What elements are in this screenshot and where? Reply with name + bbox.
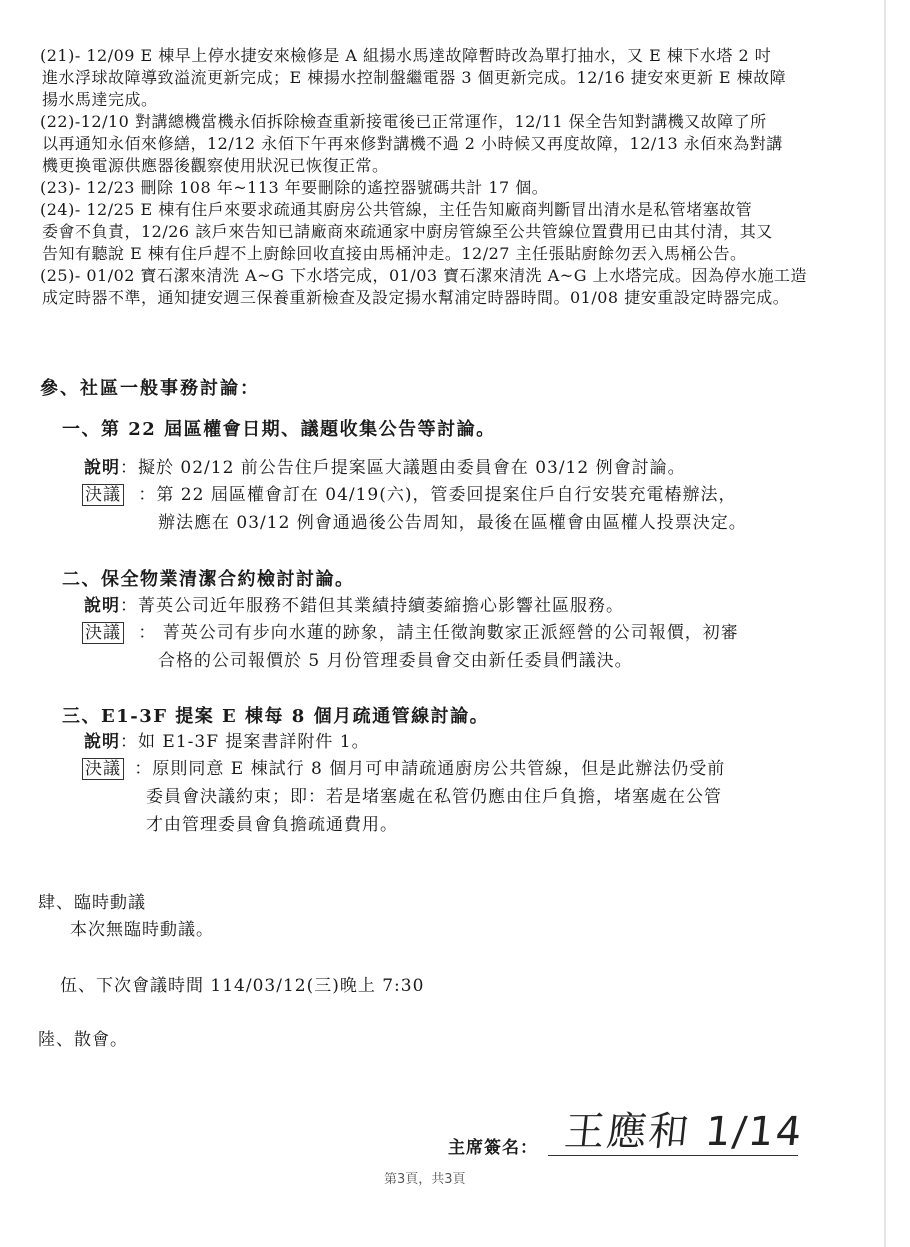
report-line: (21)- 12/09 E 棟早上停水捷安來檢修是 A 組揚水馬達故障暫時改為單… bbox=[40, 45, 880, 67]
signature-line bbox=[548, 1155, 798, 1156]
resolution-label-box: 決議 bbox=[82, 622, 124, 644]
topic-2-resolution: 決議 ： 菁英公司有步向水蓮的跡象，請主任徵詢數家正派經營的公司報價，初審 bbox=[82, 620, 739, 647]
explain-label: 說明 bbox=[84, 596, 120, 616]
section-5-next-meeting: 伍、下次會議時間 114/03/12(三)晚上 7:30 bbox=[60, 973, 424, 1000]
report-line: 機更換電源供應器後觀察使用狀況已恢復正常。 bbox=[40, 155, 880, 177]
scan-edge-line bbox=[884, 0, 886, 1247]
section-6-adjourn: 陸、散會。 bbox=[38, 1027, 128, 1054]
chair-signature-label: 主席簽名： bbox=[448, 1133, 538, 1158]
report-line: 告知有聽說 E 棟有住戶趕不上廚餘回收直接由馬桶沖走。12/27 主任張貼廚餘勿… bbox=[40, 243, 880, 265]
report-line: (24)- 12/25 E 棟有住戶來要求疏通其廚房公共管線，主任告知廠商判斷冒… bbox=[40, 199, 880, 221]
page-number: 第3頁，共3頁 bbox=[384, 1168, 466, 1187]
resolution-text: ：第 22 屆區權會訂在 04/19(六)，管委回提案住戶自行安裝充電樁辦法， bbox=[138, 485, 736, 505]
report-line: 進水浮球故障導致溢流更新完成；E 棟揚水控制盤繼電器 3 個更新完成。12/16… bbox=[40, 67, 880, 89]
report-line: 揚水馬達完成。 bbox=[40, 89, 880, 111]
topic-3-resolution-cont: 才由管理委員會負擔疏通費用。 bbox=[146, 812, 398, 839]
handwritten-signature: 王應和 1/14 bbox=[562, 1100, 807, 1157]
resolution-label-box: 決議 bbox=[82, 484, 124, 506]
report-item-22: (22)-12/10 對講總機當機永佰拆除檢查重新接電後已正常運作，12/11 … bbox=[40, 111, 880, 177]
section-3-heading: 參、社區一般事務討論： bbox=[40, 374, 260, 400]
topic-2-title: 二、保全物業清潔合約檢討討論。 bbox=[62, 565, 355, 591]
report-line: 以再通知永佰來修繕，12/12 永佰下午再來修對講機不過 2 小時候又再度故障，… bbox=[40, 133, 880, 155]
resolution-label-box: 決議 bbox=[82, 758, 124, 780]
topic-1-resolution-cont: 辦法應在 03/12 例會通過後公告周知，最後在區權會由區權人投票決定。 bbox=[158, 510, 747, 537]
report-line: (25)- 01/02 寶石潔來清洗 A~G 下水塔完成，01/03 寶石潔來清… bbox=[40, 265, 880, 287]
work-report-list: (21)- 12/09 E 棟早上停水捷安來檢修是 A 組揚水馬達故障暫時改為單… bbox=[40, 45, 880, 309]
explain-text: ：擬於 02/12 前公告住戶提案區大議題由委員會在 03/12 例會討論。 bbox=[120, 458, 686, 478]
section-4-heading: 肆、臨時動議 bbox=[38, 890, 146, 917]
topic-2-explanation: 說明：菁英公司近年服務不錯但其業績持續萎縮擔心影響社區服務。 bbox=[84, 593, 624, 620]
report-item-21: (21)- 12/09 E 棟早上停水捷安來檢修是 A 組揚水馬達故障暫時改為單… bbox=[40, 45, 880, 111]
topic-1-resolution: 決議 ：第 22 屆區權會訂在 04/19(六)，管委回提案住戶自行安裝充電樁辦… bbox=[82, 482, 737, 509]
section-4-text: 本次無臨時動議。 bbox=[70, 917, 214, 944]
topic-3-explanation: 說明：如 E1-3F 提案書詳附件 1。 bbox=[84, 729, 370, 756]
topic-1-explanation: 說明：擬於 02/12 前公告住戶提案區大議題由委員會在 03/12 例會討論。 bbox=[84, 455, 686, 482]
report-line: 委會不負責，12/26 該戶來告知已請廠商來疏通家中廚房管線至公共管線位置費用已… bbox=[40, 221, 880, 243]
report-line: (23)- 12/23 刪除 108 年~113 年要刪除的遙控器號碼共計 17… bbox=[40, 177, 880, 199]
topic-2-resolution-cont: 合格的公司報價於 5 月份管理委員會交由新任委員們議決。 bbox=[158, 648, 633, 675]
report-item-25: (25)- 01/02 寶石潔來清洗 A~G 下水塔完成，01/03 寶石潔來清… bbox=[40, 265, 880, 309]
explain-text: ：菁英公司近年服務不錯但其業績持續萎縮擔心影響社區服務。 bbox=[120, 596, 624, 616]
topic-3-resolution-cont: 委員會決議約束；即：若是堵塞處在私管仍應由住戶負擔，堵塞處在公管 bbox=[146, 784, 722, 811]
report-item-23: (23)- 12/23 刪除 108 年~113 年要刪除的遙控器號碼共計 17… bbox=[40, 177, 880, 199]
topic-1-title: 一、第 22 屆區權會日期、議題收集公告等討論。 bbox=[62, 415, 496, 441]
report-line: 成定時器不準，通知捷安週三保養重新檢查及設定揚水幫浦定時器時間。01/08 捷安… bbox=[40, 287, 880, 309]
topic-3-resolution: 決議 ：原則同意 E 棟試行 8 個月可申請疏通廚房公共管線，但是此辦法仍受前 bbox=[82, 756, 725, 783]
topic-3-title: 三、E1-3F 提案 E 棟每 8 個月疏通管線討論。 bbox=[62, 702, 489, 728]
resolution-text: ：原則同意 E 棟試行 8 個月可申請疏通廚房公共管線，但是此辦法仍受前 bbox=[134, 759, 725, 779]
explain-label: 說明 bbox=[84, 732, 120, 752]
report-line: (22)-12/10 對講總機當機永佰拆除檢查重新接電後已正常運作，12/11 … bbox=[40, 111, 880, 133]
explain-label: 說明 bbox=[84, 458, 120, 478]
resolution-text: ： 菁英公司有步向水蓮的跡象，請主任徵詢數家正派經營的公司報價，初審 bbox=[138, 623, 738, 643]
report-item-24: (24)- 12/25 E 棟有住戶來要求疏通其廚房公共管線，主任告知廠商判斷冒… bbox=[40, 199, 880, 265]
explain-text: ：如 E1-3F 提案書詳附件 1。 bbox=[120, 732, 370, 752]
